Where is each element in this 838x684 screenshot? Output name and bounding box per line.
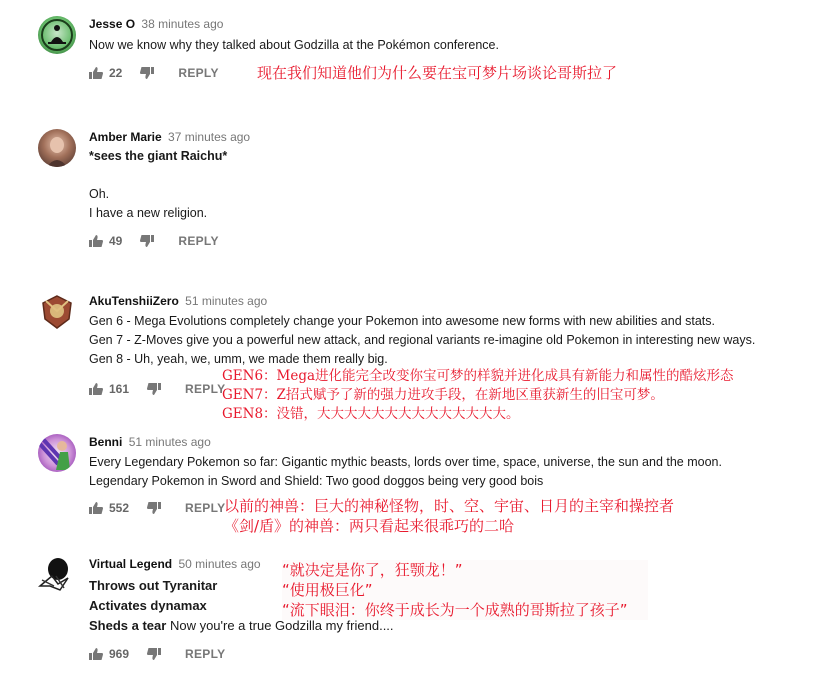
like-count: 161 (109, 382, 129, 396)
cartoon-character-icon (38, 434, 76, 472)
blank-line (89, 166, 250, 185)
avatar-akutenshiizero[interactable] (38, 293, 76, 331)
thumbs-up-icon[interactable] (89, 648, 103, 660)
comment-timestamp[interactable]: 38 minutes ago (141, 17, 223, 31)
comment-text: Gen 6 - Mega Evolutions completely chang… (89, 312, 755, 369)
avatar-virtual-legend[interactable] (38, 556, 76, 594)
author-name[interactable]: Benni (89, 435, 122, 449)
like-count: 552 (109, 501, 129, 515)
comment-timestamp[interactable]: 50 minutes ago (178, 557, 260, 571)
comment-actions: 552 REPLY (89, 499, 225, 517)
comment-actions: 49 REPLY (89, 232, 219, 250)
comment-actions: 22 REPLY (89, 64, 219, 82)
comment-text: Every Legendary Pokemon so far: Gigantic… (89, 453, 722, 491)
like-count: 49 (109, 234, 122, 248)
thumbs-up-icon[interactable] (89, 235, 103, 247)
thumbs-down-icon[interactable] (147, 383, 161, 395)
comment-line: Now we know why they talked about Godzil… (89, 36, 499, 55)
thumbs-down-icon[interactable] (147, 502, 161, 514)
translation-annotation: 现在我们知道他们为什么要在宝可梦片场谈论哥斯拉了 (257, 63, 617, 83)
translation-annotation: GEN6：Mega进化能完全改变你宝可梦的样貌并进化成具有新能力和属性的酷炫形态… (222, 367, 734, 424)
comment-line: I have a new religion. (89, 204, 250, 223)
author-name[interactable]: Virtual Legend (89, 557, 172, 571)
comment-timestamp[interactable]: 51 minutes ago (129, 435, 211, 449)
comment-line-bold-part: Sheds a tear (89, 618, 166, 633)
thumbs-down-icon[interactable] (147, 648, 161, 660)
comment-timestamp[interactable]: 51 minutes ago (185, 294, 267, 308)
comment-header: Benni 51 minutes ago (89, 434, 722, 450)
reply-button[interactable]: REPLY (185, 382, 225, 396)
reply-button[interactable]: REPLY (185, 501, 225, 515)
comment-actions: 161 REPLY (89, 380, 225, 398)
reply-button[interactable]: REPLY (178, 234, 218, 248)
comment-line-rest: Now you're a true Godzilla my friend.... (170, 618, 394, 633)
comment-header: Amber Marie 37 minutes ago (89, 129, 250, 145)
comment-line: Oh. (89, 185, 250, 204)
translation-annotation: 以前的神兽：巨大的神秘怪物，时、空、宇宙、日月的主宰和操控者 《剑/盾》的神兽：… (224, 496, 674, 536)
reply-button[interactable]: REPLY (178, 66, 218, 80)
comment-header: AkuTenshiiZero 51 minutes ago (89, 293, 755, 309)
meditation-silhouette-icon (38, 16, 76, 54)
like-count: 22 (109, 66, 122, 80)
thumbs-down-icon[interactable] (140, 235, 154, 247)
like-count: 969 (109, 647, 129, 661)
comment-header: Jesse O 38 minutes ago (89, 16, 499, 32)
thumbs-up-icon[interactable] (89, 67, 103, 79)
author-name[interactable]: Jesse O (89, 17, 135, 31)
comment-text: *sees the giant Raichu* Oh. I have a new… (89, 147, 250, 223)
crest-emblem-icon (38, 293, 76, 331)
reply-button[interactable]: REPLY (185, 647, 225, 661)
comment-line: Gen 7 - Z-Moves give you a powerful new … (89, 331, 755, 350)
translation-annotation: “就决定是你了，狂颚龙！” “使用极巨化” “流下眼泪：你终于成长为一个成熟的哥… (282, 560, 648, 620)
avatar-amber-marie[interactable] (38, 129, 76, 167)
portrait-photo-icon (38, 129, 76, 167)
comment-text: Now we know why they talked about Godzil… (89, 36, 499, 55)
thumbs-down-icon[interactable] (140, 67, 154, 79)
avatar-benni[interactable] (38, 434, 76, 472)
author-name[interactable]: Amber Marie (89, 130, 162, 144)
comment-actions: 969 REPLY (89, 645, 225, 663)
avatar-jesse-o[interactable] (38, 16, 76, 54)
thumbs-up-icon[interactable] (89, 383, 103, 395)
comment-line: *sees the giant Raichu* (89, 147, 250, 166)
thumbs-up-icon[interactable] (89, 502, 103, 514)
comment-line: Legendary Pokemon in Sword and Shield: T… (89, 472, 722, 491)
comment-line: Gen 6 - Mega Evolutions completely chang… (89, 312, 755, 331)
comment-line: Every Legendary Pokemon so far: Gigantic… (89, 453, 722, 472)
sketch-character-icon (38, 556, 76, 594)
comment-timestamp[interactable]: 37 minutes ago (168, 130, 250, 144)
author-name[interactable]: AkuTenshiiZero (89, 294, 179, 308)
